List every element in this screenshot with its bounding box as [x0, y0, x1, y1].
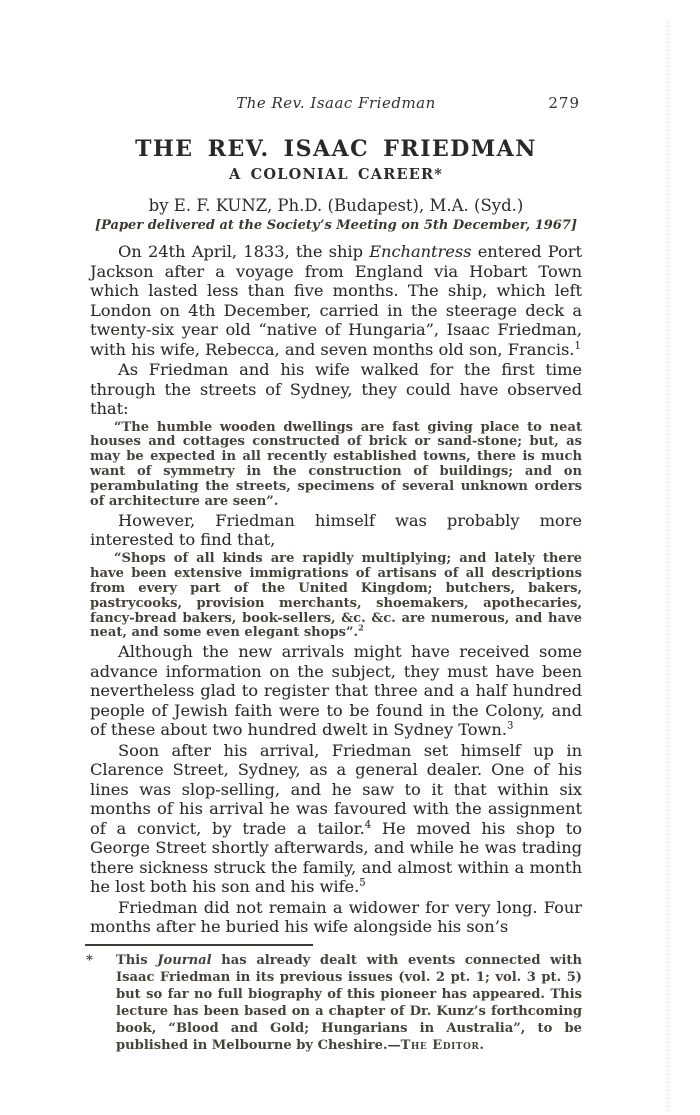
footnote-reference: 5 [359, 878, 365, 889]
running-head-title: The Rev. Isaac Friedman [236, 94, 436, 112]
page-number: 279 [548, 95, 580, 112]
italic-text-run: Enchantress [369, 242, 471, 261]
article-body: On 24th April, 1833, the ship Enchantres… [90, 242, 582, 937]
body-paragraph: However, Friedman himself was probably m… [90, 511, 582, 550]
text-run: This [116, 953, 157, 968]
byline: by E. F. KUNZ, Ph.D. (Budapest), M.A. (S… [90, 196, 582, 215]
footnote-reference: 1 [574, 340, 580, 351]
footnote-text: This Journal has already dealt with even… [116, 953, 582, 1053]
footnote-marker: * [86, 952, 93, 969]
body-paragraph: Although the new arrivals might have rec… [90, 642, 582, 740]
footnote: * This Journal has already dealt with ev… [90, 952, 582, 1054]
running-head: The Rev. Isaac Friedman 279 [90, 95, 582, 112]
body-paragraph: On 24th April, 1833, the ship Enchantres… [90, 242, 582, 359]
text-run: “The humble wooden dwellings are fast gi… [90, 420, 582, 510]
italic-text-run: Journal [157, 953, 211, 968]
text-run: As Friedman and his wife walked for the … [90, 360, 582, 418]
footnote-reference: 2 [358, 623, 364, 633]
footnote-separator-rule [85, 944, 313, 946]
body-paragraph: Friedman did not remain a widower for ve… [90, 898, 582, 937]
document-page: The Rev. Isaac Friedman 279 THE REV. ISA… [0, 0, 700, 1115]
footnote-reference: 3 [507, 721, 513, 732]
block-quote: “The humble wooden dwellings are fast gi… [90, 421, 582, 510]
text-run: “Shops of all kinds are rapidly multiply… [90, 551, 582, 641]
text-run: On 24th April, 1833, the ship [118, 242, 369, 261]
block-quote: “Shops of all kinds are rapidly multiply… [90, 552, 582, 641]
text-run: . [479, 1038, 484, 1053]
text-run: Friedman did not remain a widower for ve… [90, 898, 582, 937]
body-paragraph: Soon after his arrival, Friedman set him… [90, 741, 582, 897]
page-edge-perforation-line [667, 22, 668, 1112]
delivery-note: [Paper delivered at the Society’s Meetin… [90, 218, 582, 233]
text-column: The Rev. Isaac Friedman 279 THE REV. ISA… [90, 95, 582, 1054]
body-paragraph: As Friedman and his wife walked for the … [90, 360, 582, 419]
article-subtitle: A COLONIAL CAREER* [90, 166, 582, 183]
article-title: THE REV. ISAAC FRIEDMAN [90, 137, 582, 162]
small-caps-text-run: The Editor [401, 1038, 480, 1053]
text-run: However, Friedman himself was probably m… [90, 511, 582, 550]
